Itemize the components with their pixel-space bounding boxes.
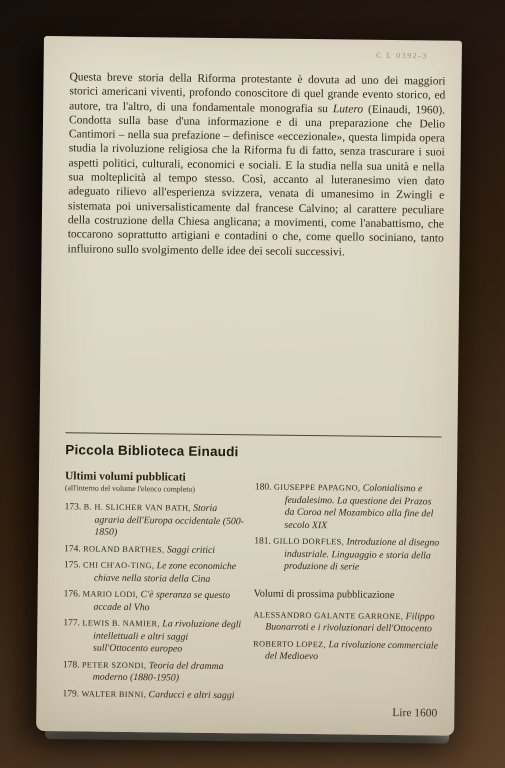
published-note: (all'interno del volume l'elenco complet… <box>65 483 247 494</box>
published-column: Ultimi volumi pubblicati (all'interno de… <box>62 470 247 706</box>
back-cover-surface: C L 0392-3 Questa breve storia della Rif… <box>36 36 462 736</box>
volume-author: WALTER BINNI, <box>81 689 148 699</box>
volume-author: ALESSANDRO GALANTE GARRONE, <box>253 610 405 621</box>
volume-entry: 176. MARIO LODI, C'è speranza se questo … <box>63 588 245 615</box>
volume-entry: 181. GILLO DORFLES, Introduzione al dise… <box>254 535 440 575</box>
volume-number: 178. <box>63 660 82 670</box>
volume-number: 175. <box>64 560 83 570</box>
upcoming-list: ALESSANDRO GALANTE GARRONE, Filippo Buon… <box>253 609 440 665</box>
volume-author: LEWIS B. NAMIER, <box>82 618 162 628</box>
volume-entry: 177. LEWIS B. NAMIER, La rivoluzione deg… <box>63 617 245 657</box>
photo-background: C L 0392-3 Questa breve storia della Rif… <box>0 0 505 768</box>
volume-number: 176. <box>64 589 83 599</box>
blurb-segment: Lutero <box>333 103 363 115</box>
volume-title: Carducci e altri saggi <box>149 689 235 701</box>
volume-entry: 178. PETER SZONDI, Teoria del dramma mod… <box>63 659 245 686</box>
catalog-code: C L 0392-3 <box>376 51 428 61</box>
volume-number: 179. <box>62 689 81 699</box>
volume-author: GIUSEPPE PAPAGNO, <box>274 483 363 493</box>
volume-entry: 175. CHI CH'AO-TING, Le zone economiche … <box>64 559 246 586</box>
right-column: 180. GIUSEPPE PAPAGNO, Colonialismo e fe… <box>252 472 441 708</box>
series-title: Piccola Biblioteca Einaudi <box>65 442 441 461</box>
blurb-segment: (Einaudi, 1960). Condotta sulla base d'u… <box>68 103 446 258</box>
volume-number: 174. <box>64 544 83 554</box>
volume-entry: 180. GIUSEPPE PAPAGNO, Colonialismo e fe… <box>254 481 441 533</box>
price-label: Lire 1600 <box>392 707 437 720</box>
volume-entry: 179. WALTER BINNI, Carducci e altri sagg… <box>62 688 244 703</box>
published-list-right: 180. GIUSEPPE PAPAGNO, Colonialismo e fe… <box>254 481 441 575</box>
volume-entry: ALESSANDRO GALANTE GARRONE, Filippo Buon… <box>253 609 439 636</box>
volume-number: 177. <box>63 618 82 628</box>
series-section: Piccola Biblioteca Einaudi Ultimi volumi… <box>62 432 441 708</box>
volume-author: MARIO LODI, <box>83 589 141 599</box>
volume-entry: 173. B. H. SLICHER VAN BATH, Storia agra… <box>64 501 246 541</box>
volume-number: 181. <box>254 536 273 546</box>
volume-author: CHI CH'AO-TING, <box>83 560 157 570</box>
volume-title: Saggi critici <box>167 544 215 556</box>
blurb-paragraph: Questa breve storia della Riforma protes… <box>68 70 446 260</box>
volume-author: B. H. SLICHER VAN BATH, <box>84 502 194 512</box>
volume-number: 173. <box>65 502 84 512</box>
volume-author: PETER SZONDI, <box>82 660 149 670</box>
volume-author: GILLO DORFLES, <box>273 537 346 547</box>
book-back-cover: C L 0392-3 Questa breve storia della Rif… <box>36 36 462 744</box>
volume-entry: ROBERTO LOPEZ, La rivoluzione commercial… <box>253 638 439 665</box>
published-list-left: 173. B. H. SLICHER VAN BATH, Storia agra… <box>62 501 246 702</box>
volume-author: ROBERTO LOPEZ, <box>253 639 328 649</box>
divider-rule <box>65 432 441 437</box>
upcoming-heading: Volumi di prossima pubblicazione <box>254 588 440 601</box>
published-heading: Ultimi volumi pubblicati <box>65 470 247 484</box>
volume-entry: 174. ROLAND BARTHES, Saggi critici <box>64 543 246 558</box>
volume-author: ROLAND BARTHES, <box>83 544 167 554</box>
volume-number: 180. <box>255 482 274 492</box>
series-columns: Ultimi volumi pubblicati (all'interno de… <box>62 470 441 708</box>
